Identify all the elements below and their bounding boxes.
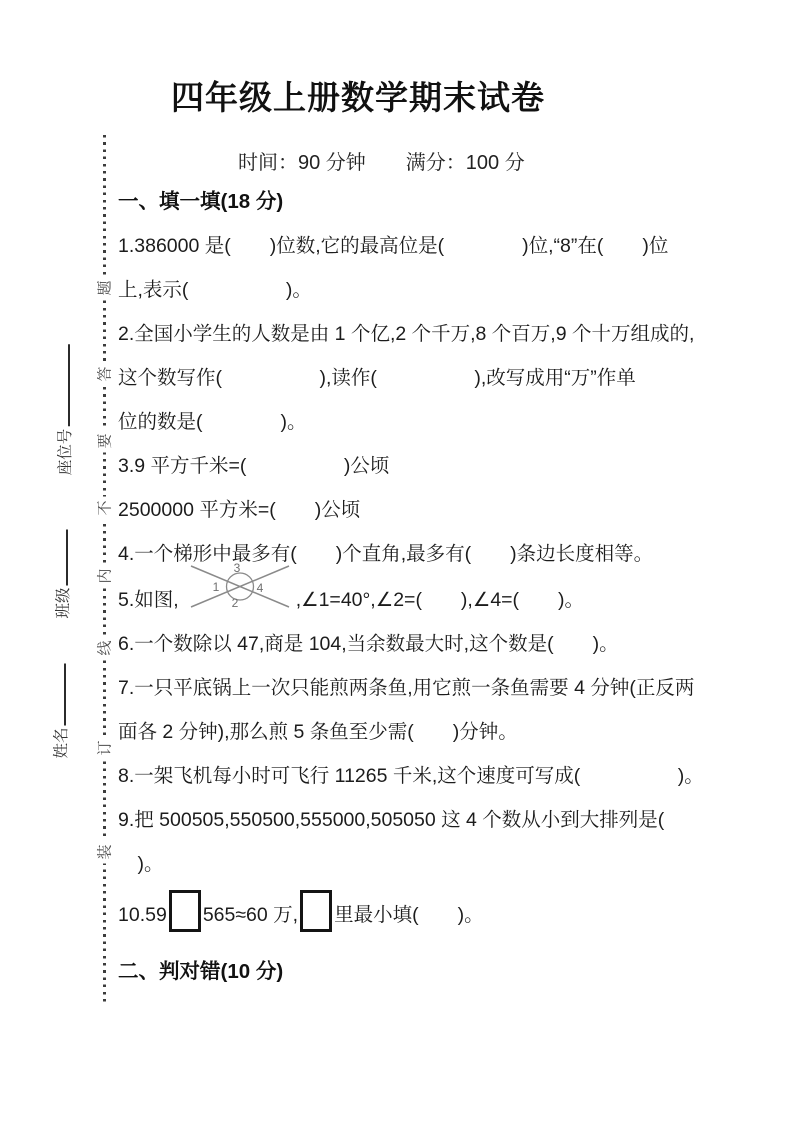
question-2-line-3: 位的数是( )。	[118, 400, 686, 444]
question-7-line-1: 7.一只平底锅上一次只能煎两条鱼,用它煎一条鱼需要 4 分钟(正反两	[118, 666, 686, 710]
class-label: 班级	[55, 587, 72, 618]
question-9-line-2: )。	[118, 842, 686, 886]
section-2-heading: 二、判对错(10 分)	[118, 950, 686, 994]
exam-meta: 时间：90 分钟 满分：100 分	[238, 146, 525, 175]
angle-label-1: 1	[213, 580, 220, 594]
binding-char: 答	[98, 362, 113, 385]
question-5-text-pre: 5.如图,	[118, 589, 179, 611]
question-6: 6.一个数除以 47,商是 104,当余数最大时,这个数是( )。	[118, 622, 686, 666]
binding-char: 不	[98, 496, 113, 519]
angle-label-3: 3	[234, 561, 241, 575]
name-field: 姓名	[54, 663, 70, 758]
question-2-line-2: 这个数写作( ),读作( ),改写成用“万”作单	[118, 356, 686, 400]
class-field: 班级	[56, 529, 72, 618]
binding-char: 要	[98, 429, 113, 452]
question-10-text-3: 里最小填( )。	[334, 904, 484, 926]
seat-number-blank-line	[63, 345, 70, 427]
page-title: 四年级上册数学期末试卷	[0, 72, 716, 119]
crossing-lines-angle-figure: 3 1 4 2	[190, 559, 290, 613]
question-1-line-2: 上,表示( )。	[118, 268, 686, 312]
binding-char: 内	[98, 564, 113, 587]
question-8: 8.一架飞机每小时可飞行 11265 千米,这个速度可写成( )。	[118, 754, 686, 798]
name-label: 姓名	[53, 727, 70, 758]
question-7-line-2: 面各 2 分钟),那么煎 5 条鱼至少需( )分钟。	[118, 710, 686, 754]
exam-body: 一、填一填(18 分) 1.386000 是( )位数,它的最高位是( )位,“…	[118, 180, 686, 994]
angle-label-2: 2	[232, 596, 239, 610]
question-1-line-1: 1.386000 是( )位数,它的最高位是( )位,“8”在( )位	[118, 224, 686, 268]
binding-char: 装	[98, 840, 113, 863]
class-blank-line	[61, 529, 68, 585]
digit-answer-box-2	[300, 890, 332, 932]
question-10-text-2: 565≈60 万,	[203, 904, 298, 926]
question-3-line-2: 2500000 平方米=( )公顷	[118, 488, 686, 532]
binding-char: 线	[98, 636, 113, 659]
question-3-line-1: 3.9 平方千米=( )公顷	[118, 444, 686, 488]
angle-label-4: 4	[257, 581, 264, 595]
question-9-line-1: 9.把 500505,550500,555000,505050 这 4 个数从小…	[118, 798, 686, 842]
question-5-text-post: ,∠1=40°,∠2=( ),∠4=( )。	[296, 589, 584, 611]
name-blank-line	[59, 663, 66, 725]
seat-number-field: 座位号	[58, 345, 74, 476]
section-1-heading: 一、填一填(18 分)	[118, 180, 686, 224]
digit-answer-box-1	[169, 890, 201, 932]
question-10: 10.59565≈60 万,里最小填( )。	[118, 890, 686, 934]
seat-number-label: 座位号	[57, 429, 74, 476]
question-10-text-1: 10.59	[118, 904, 167, 926]
question-5: 5.如图,,∠1=40°,∠2=( ),∠4=( )。 3 1 4 2	[118, 578, 686, 622]
question-2-line-1: 2.全国小学生的人数是由 1 个亿,2 个千万,8 个百万,9 个十万组成的,	[118, 312, 686, 356]
binding-char: 题	[98, 276, 113, 299]
binding-char: 订	[98, 736, 113, 759]
